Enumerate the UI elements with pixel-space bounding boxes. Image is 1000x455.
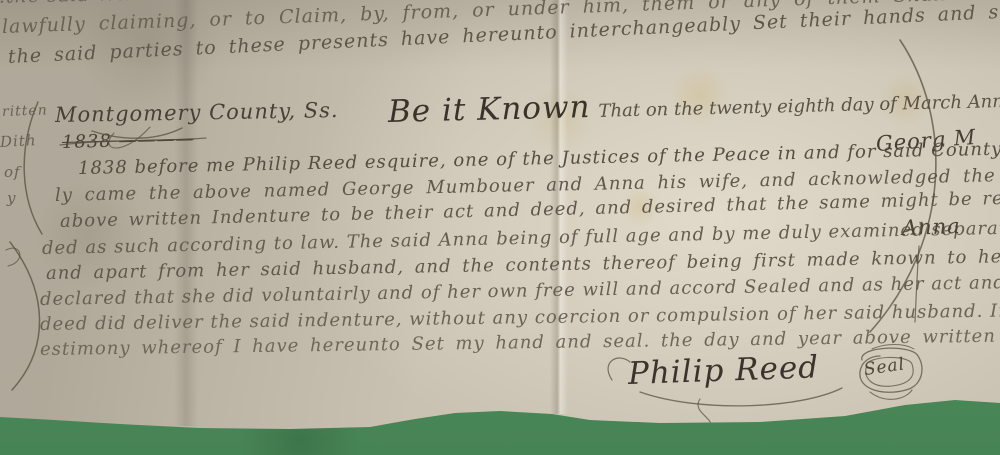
be-it-known-large: Be it Known — [388, 89, 591, 130]
justice-signature: Philip Reed — [627, 349, 819, 392]
parchment-sheet: …the said William Deal the heirs and ass… — [0, 0, 1000, 455]
left-margin-fragment: Dith — [0, 131, 37, 151]
left-margin-fragment: y — [7, 189, 16, 207]
seal-scribble-label: Seal — [863, 354, 907, 380]
right-margin-signature: Anna — [902, 214, 962, 240]
left-margin-fragment: of — [4, 163, 21, 181]
be-it-known-heading: Be it Known That on the twenty eighth da… — [388, 77, 1000, 130]
struck-out-text: 1838 ———— — [62, 129, 195, 153]
left-margin-fragment: ritten — [2, 102, 48, 120]
photo-of-parchment-document: …the said William Deal the heirs and ass… — [0, 0, 1000, 455]
county-heading: Montgomery County, Ss. — [55, 98, 339, 127]
be-it-known-rest: That on the twenty eighth day of March A… — [598, 89, 1000, 122]
